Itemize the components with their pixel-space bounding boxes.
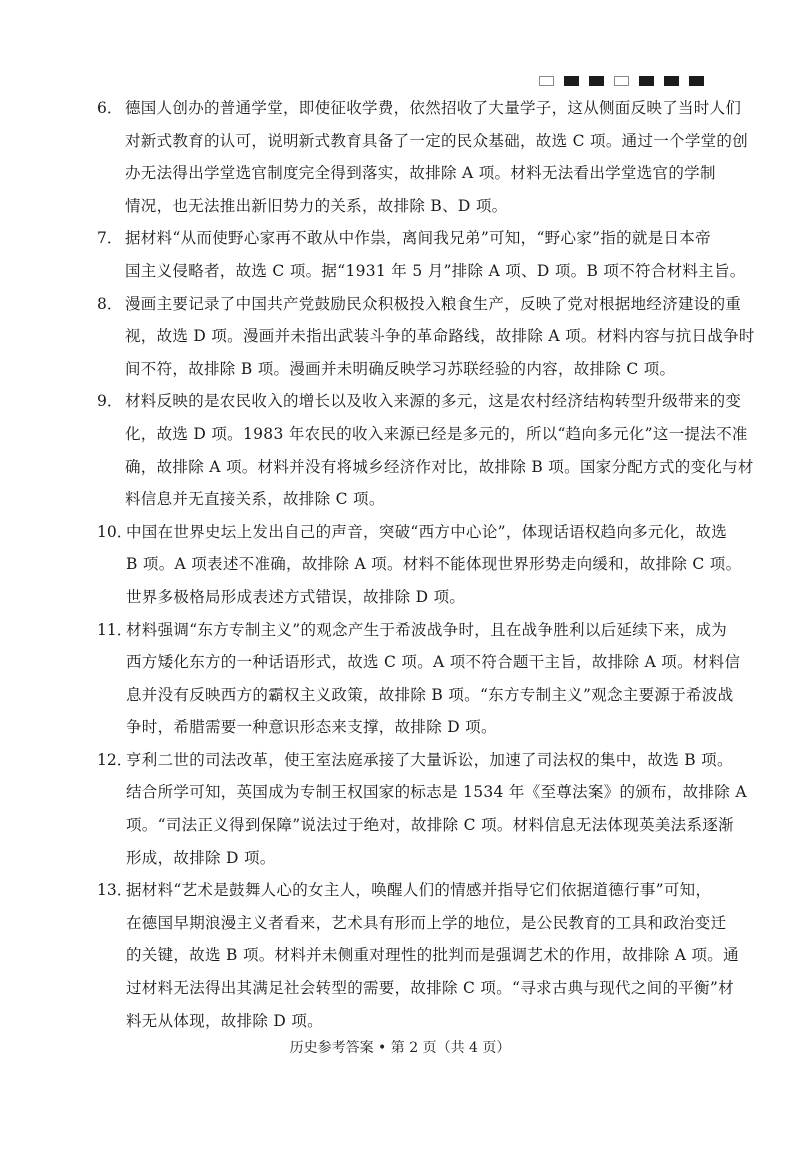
answer-line: 亨利二世的司法改革，使王室法庭承接了大量诉讼，加速了司法权的集中，故选 B 项。 (97, 744, 717, 777)
answer-line: 世界多极格局形成表述方式错误，故排除 D 项。 (97, 581, 717, 614)
answer-line: 材料强调“东方专制主义”的观念产生于希波战争时，且在战争胜利以后延续下来，成为 (97, 614, 717, 647)
mark-empty-2 (614, 76, 629, 86)
answer-line: 德国人创办的普通学堂，即使征收学费，依然招收了大量学子，这从侧面反映了当时人们 (97, 92, 717, 125)
answer-6: 6． 德国人创办的普通学堂，即使征收学费，依然招收了大量学子，这从侧面反映了当时… (97, 92, 717, 222)
answer-line: 西方矮化东方的一种话语形式，故选 C 项。A 项不符合题干主旨，故排除 A 项。… (97, 646, 717, 679)
answer-line: 在德国早期浪漫主义者看来，艺术具有形而上学的地位，是公民教育的工具和政治变迁 (97, 907, 717, 940)
answer-line: 中国在世界史坛上发出自己的声音，突破“西方中心论”，体现话语权趋向多元化，故选 (97, 516, 717, 549)
answer-line: 形成，故排除 D 项。 (97, 842, 717, 875)
answer-8: 8． 漫画主要记录了中国共产党鼓励民众积极投入粮食生产，反映了党对根据地经济建设… (97, 288, 717, 386)
answer-line: 息并没有反映西方的霸权主义政策，故排除 B 项。“东方专制主义”观念主要源于希波… (97, 679, 717, 712)
answer-9: 9． 材料反映的是农民收入的增长以及收入来源的多元，这是农村经济结构转型升级带来… (97, 385, 717, 515)
answer-number: 11． (97, 614, 132, 647)
answer-line: 视，故选 D 项。漫画并未指出武装斗争的革命路线，故排除 A 项。材料内容与抗日… (97, 320, 717, 353)
answer-number: 12． (97, 744, 132, 777)
answer-number: 9． (97, 385, 122, 418)
mark-empty-1 (539, 76, 554, 86)
answer-line: 对新式教育的认可，说明新式教育具备了一定的民众基础，故选 C 项。通过一个学堂的… (97, 125, 717, 158)
answer-7: 7． 据材料“从而使野心家再不敢从中作祟，离间我兄弟”可知，“野心家”指的就是日… (97, 222, 717, 287)
answer-line: 办无法得出学堂选官制度完全得到落实，故排除 A 项。材料无法看出学堂选官的学制 (97, 157, 717, 190)
answer-10: 10． 中国在世界史坛上发出自己的声音，突破“西方中心论”，体现话语权趋向多元化… (97, 516, 717, 614)
mark-filled-5 (689, 76, 704, 86)
answer-number: 10． (97, 516, 132, 549)
answer-line: 过材料无法得出其满足社会转型的需要，故排除 C 项。“寻求古典与现代之间的平衡”… (97, 972, 717, 1005)
answer-line: 结合所学可知，英国成为专制王权国家的标志是 1534 年《至尊法案》的颁布，故排… (97, 776, 717, 809)
answer-line: 化，故选 D 项。1983 年农民的收入来源已经是多元的，所以“趋向多元化”这一… (97, 418, 717, 451)
answer-line: 间不符，故排除 B 项。漫画并未明确反映学习苏联经验的内容，故排除 C 项。 (97, 353, 717, 386)
mark-filled-3 (639, 76, 654, 86)
answer-line: 据材料“从而使野心家再不敢从中作祟，离间我兄弟”可知，“野心家”指的就是日本帝 (97, 222, 717, 255)
answer-line: 的关键，故选 B 项。材料并未侧重对理性的批判而是强调艺术的作用，故排除 A 项… (97, 939, 717, 972)
answer-number: 7． (97, 222, 122, 255)
answer-line: 项。“司法正义得到保障”说法过于绝对，故排除 C 项。材料信息无法体现英美法系逐… (97, 809, 717, 842)
answer-line: 确，故排除 A 项。材料并没有将城乡经济作对比，故排除 B 项。国家分配方式的变… (97, 451, 717, 484)
mark-filled-2 (589, 76, 604, 86)
answer-line: B 项。A 项表述不准确，故排除 A 项。材料不能体现世界形势走向缓和，故排除 … (97, 548, 717, 581)
answer-line: 国主义侵略者，故选 C 项。据“1931 年 5 月”排除 A 项、D 项。B … (97, 255, 717, 288)
mark-filled-4 (664, 76, 679, 86)
mark-filled-1 (564, 76, 579, 86)
answer-13: 13． 据材料“艺术是鼓舞人心的女主人，唤醒人们的情感并指导它们依据道德行事”可… (97, 874, 717, 1037)
answer-11: 11． 材料强调“东方专制主义”的观念产生于希波战争时，且在战争胜利以后延续下来… (97, 614, 717, 744)
header-marks (539, 76, 704, 86)
page-footer: 历史参考答案 • 第 2 页（共 4 页） (0, 1037, 800, 1057)
answer-line: 漫画主要记录了中国共产党鼓励民众积极投入粮食生产，反映了党对根据地经济建设的重 (97, 288, 717, 321)
answer-number: 13． (97, 874, 132, 907)
answer-line: 料无从体现，故排除 D 项。 (97, 1005, 717, 1038)
answer-line: 争时，希腊需要一种意识形态来支撑，故排除 D 项。 (97, 711, 717, 744)
answer-line: 情况，也无法推出新旧势力的关系，故排除 B、D 项。 (97, 190, 717, 223)
answer-number: 8． (97, 288, 122, 321)
answer-line: 料信息并无直接关系，故排除 C 项。 (97, 483, 717, 516)
answer-line: 据材料“艺术是鼓舞人心的女主人，唤醒人们的情感并指导它们依据道德行事”可知， (97, 874, 717, 907)
answer-line: 材料反映的是农民收入的增长以及收入来源的多元，这是农村经济结构转型升级带来的变 (97, 385, 717, 418)
answer-12: 12． 亨利二世的司法改革，使王室法庭承接了大量诉讼，加速了司法权的集中，故选 … (97, 744, 717, 874)
answer-number: 6． (97, 92, 122, 125)
answer-list: 6． 德国人创办的普通学堂，即使征收学费，依然招收了大量学子，这从侧面反映了当时… (97, 92, 717, 1037)
